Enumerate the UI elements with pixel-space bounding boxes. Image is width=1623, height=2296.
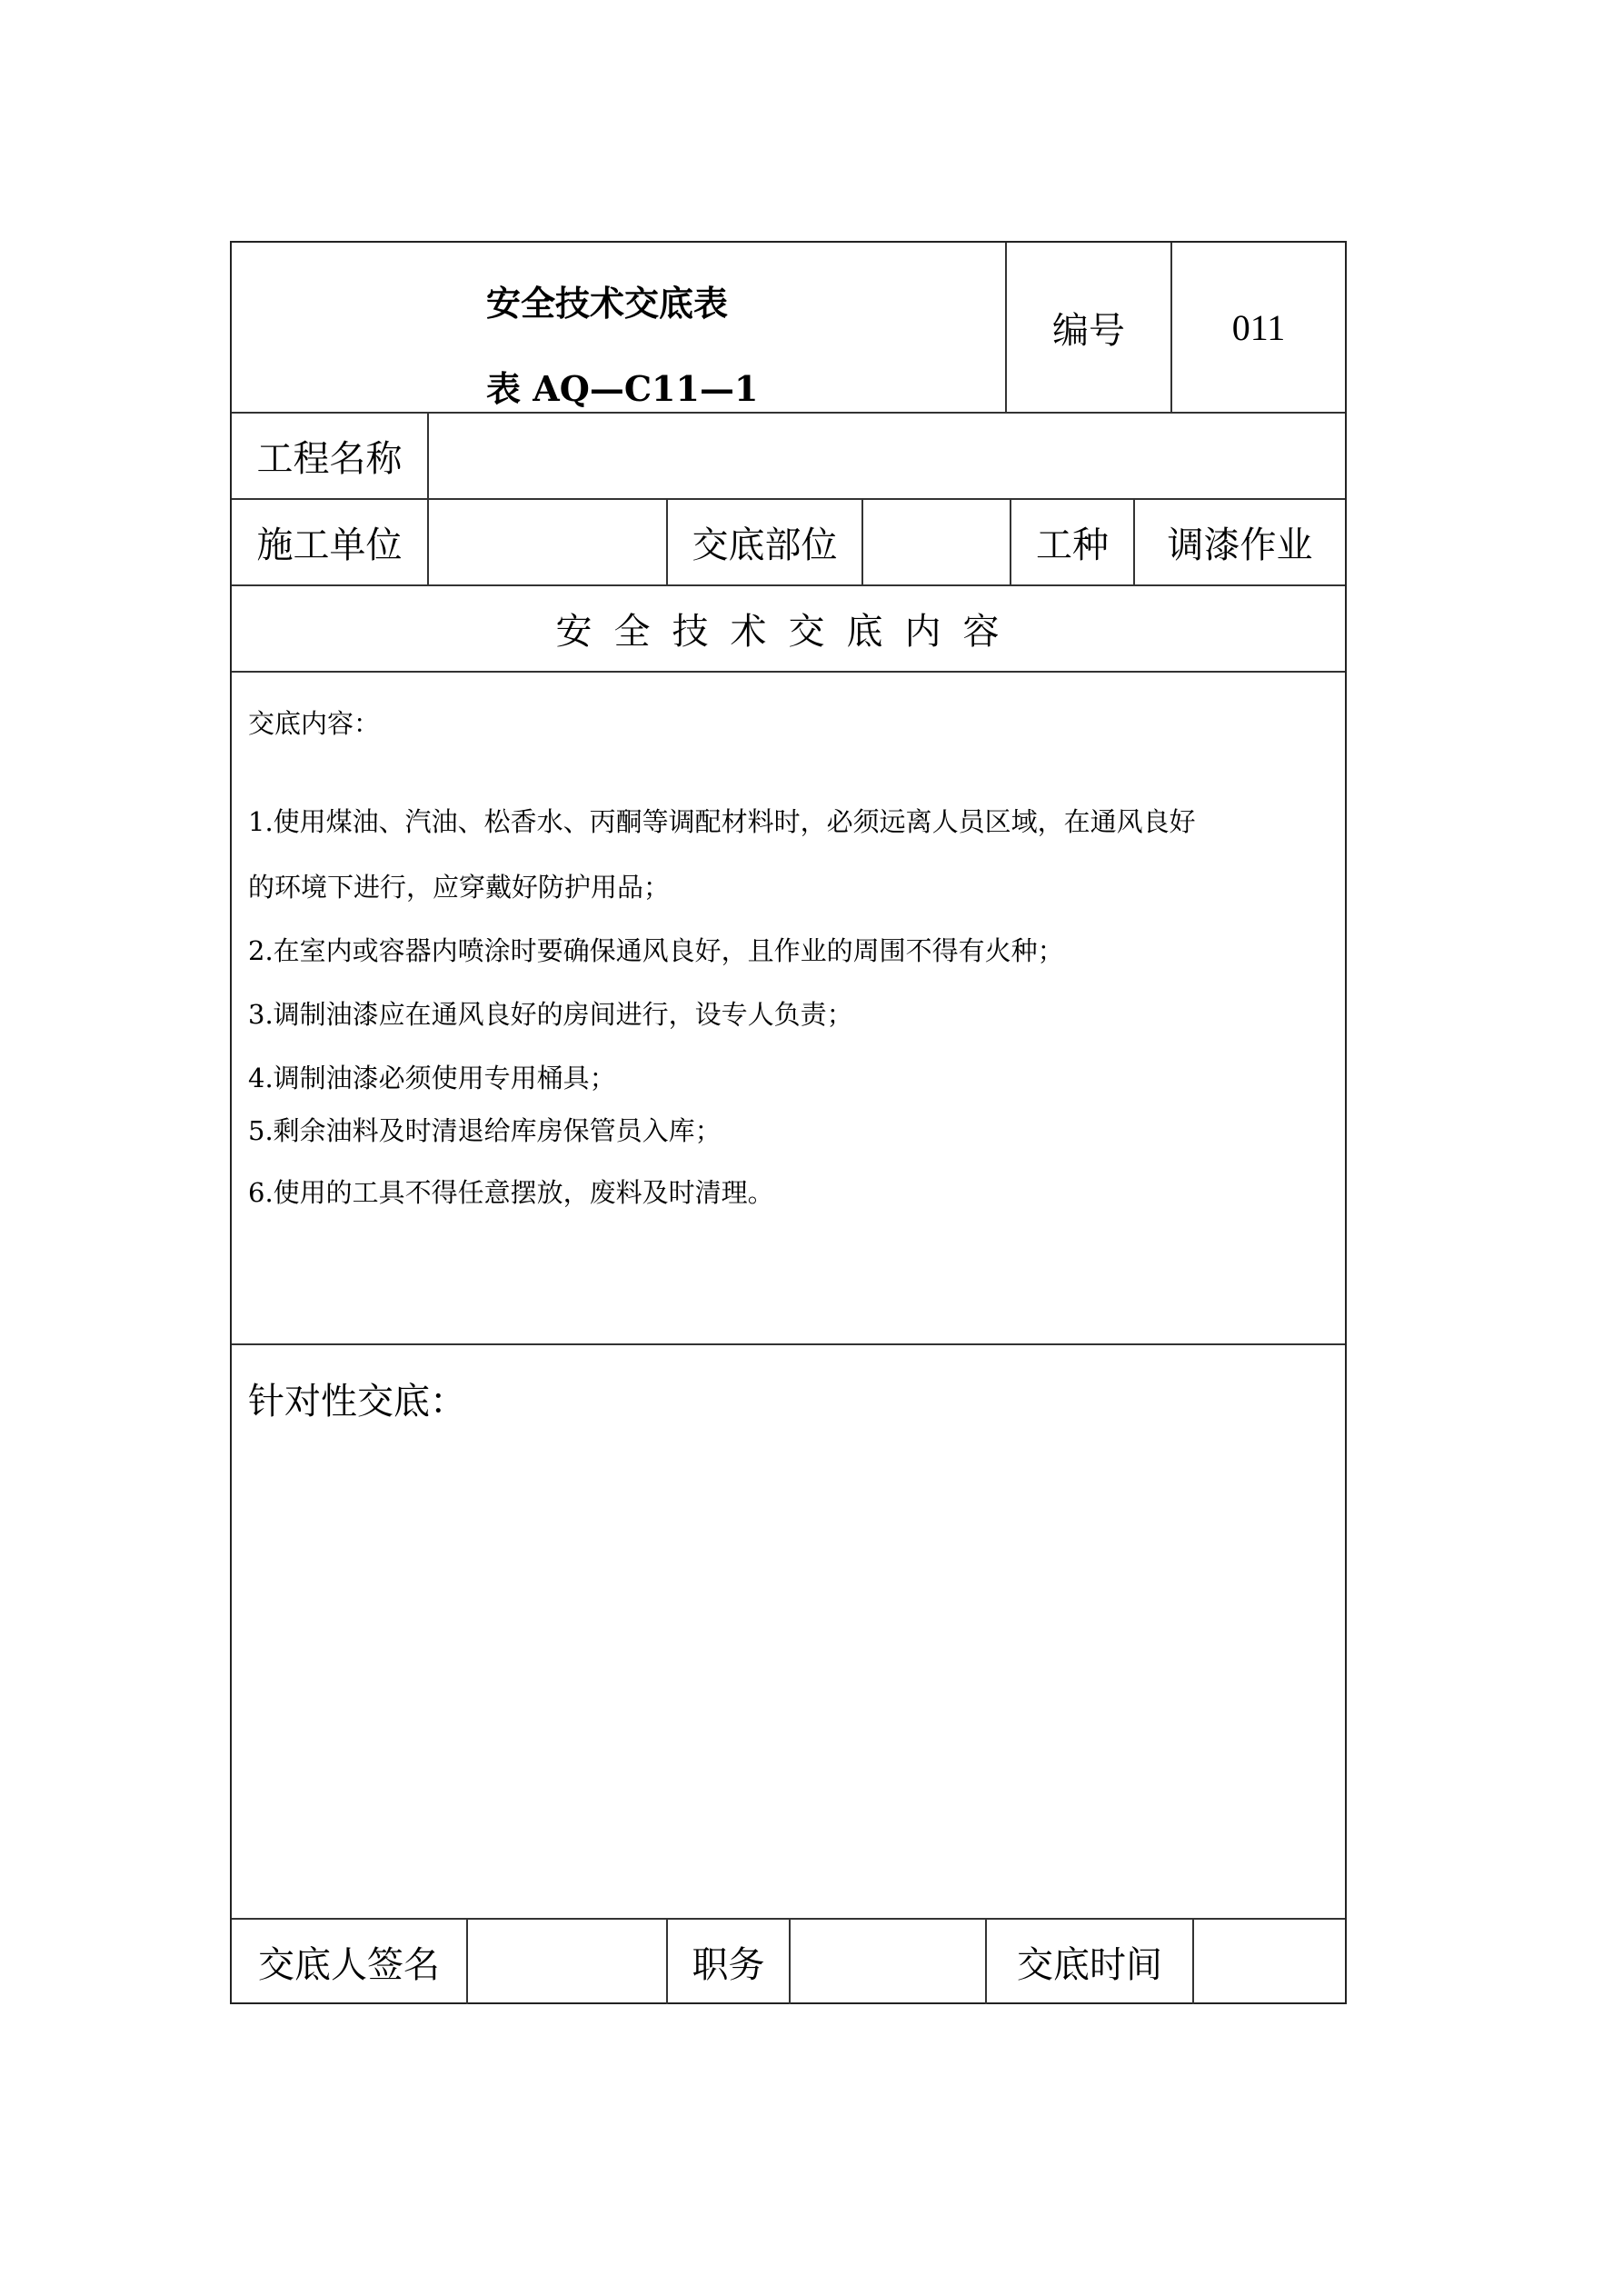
number-value: 011 <box>1172 243 1345 412</box>
content-item-1b: 的环境下进行，应穿戴好防护用品； <box>248 874 670 901</box>
title-block: 安全技术交底表 表 AQ—C11—1 <box>486 261 758 432</box>
construction-unit-field[interactable] <box>429 500 668 584</box>
signer-label: 交底人签名 <box>232 1920 468 2004</box>
targeted-disclosure-heading: 针对性交底： <box>248 1373 466 1424</box>
content-heading: 交底内容： <box>248 711 380 737</box>
content-item-5: 5.剩余油料及时清退给库房保管员入库； <box>248 1118 722 1144</box>
content-item-4: 4.调制油漆必须使用专用桶具； <box>248 1065 616 1092</box>
content-row: 交底内容： 1.使用煤油、汽油、松香水、丙酮等调配材料时，必须远离人员区域，在通… <box>232 673 1345 1345</box>
section-title-row: 安全技术交底内容 <box>232 586 1345 673</box>
content-item-2: 2.在室内或容器内喷涂时要确保通风良好，且作业的周围不得有火种； <box>248 938 1064 964</box>
work-type-label: 工种 <box>1011 500 1135 584</box>
construction-unit-label: 施工单位 <box>232 500 429 584</box>
title-cell: 安全技术交底表 表 AQ—C11—1 <box>232 243 1007 412</box>
project-name-label: 工程名称 <box>232 414 429 498</box>
work-type-value[interactable]: 调漆作业 <box>1135 500 1345 584</box>
section-title: 安全技术交底内容 <box>232 586 1345 671</box>
disclosure-location-field[interactable] <box>863 500 1011 584</box>
position-field[interactable] <box>791 1920 987 2004</box>
form-title: 安全技术交底表 <box>486 261 758 346</box>
project-name-field[interactable] <box>429 414 1345 498</box>
project-row: 工程名称 <box>232 414 1345 500</box>
signature-row: 交底人签名 职务 交底时间 <box>232 1920 1345 2004</box>
content-item-3: 3.调制油漆应在通风良好的房间进行，设专人负责； <box>248 1002 853 1028</box>
time-label: 交底时间 <box>987 1920 1194 2004</box>
signer-field[interactable] <box>468 1920 668 2004</box>
time-field[interactable] <box>1194 1920 1345 2004</box>
unit-row: 施工单位 交底部位 工种 调漆作业 <box>232 500 1345 586</box>
number-label: 编号 <box>1007 243 1172 412</box>
content-item-6: 6.使用的工具不得任意摆放，废料及时清理。 <box>248 1180 774 1206</box>
safety-disclosure-form: 安全技术交底表 表 AQ—C11—1 编号 011 工程名称 施工单位 交底部位… <box>230 241 1347 2004</box>
content-item-1a: 1.使用煤油、汽油、松香水、丙酮等调配材料时，必须远离人员区域，在通风良好 <box>248 809 1196 835</box>
disclosure-location-label: 交底部位 <box>668 500 863 584</box>
targeted-disclosure-row: 针对性交底： <box>232 1345 1345 1920</box>
position-label: 职务 <box>668 1920 791 2004</box>
header-row: 安全技术交底表 表 AQ—C11—1 编号 011 <box>232 243 1345 414</box>
